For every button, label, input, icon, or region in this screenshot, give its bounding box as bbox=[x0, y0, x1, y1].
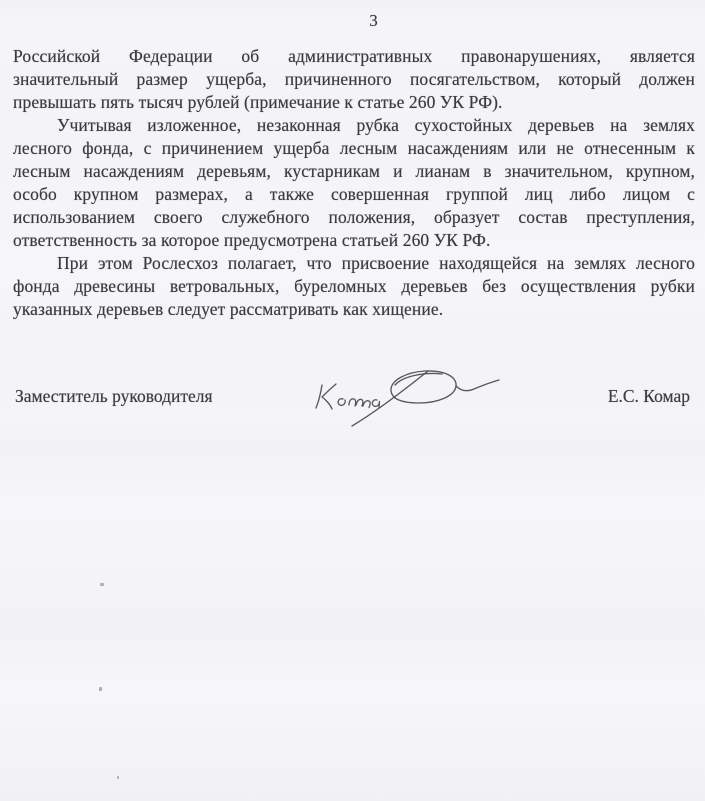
scan-speck bbox=[117, 776, 119, 779]
paragraph: Российской Федерации об административных… bbox=[13, 45, 695, 114]
body-line: ответственность за которое предусмотрена… bbox=[13, 229, 695, 252]
body-line: лесным насаждениям деревьям, кустарникам… bbox=[13, 160, 695, 183]
body-line: использованием своего служебного положен… bbox=[13, 206, 695, 229]
body-line: фонда древесины ветровальных, буреломных… bbox=[13, 275, 695, 298]
signer-name: Е.С. Комар bbox=[608, 385, 690, 408]
paragraph: Учитывая изложенное, незаконная рубка су… bbox=[13, 114, 695, 252]
body-line: превышать пять тысяч рублей (примечание … bbox=[13, 91, 695, 114]
position-title: Заместитель руководителя bbox=[15, 385, 213, 408]
paragraph: При этом Рослесхоз полагает, что присвое… bbox=[13, 252, 695, 321]
document-body: Российской Федерации об административных… bbox=[13, 45, 695, 321]
page-number: 3 bbox=[0, 9, 705, 32]
scanned-document-page: 3 Российской Федерации об административн… bbox=[0, 0, 705, 801]
body-line: значительный размер ущерба, причиненного… bbox=[13, 68, 695, 91]
body-line: лесного фонда, с причинением ущерба лесн… bbox=[13, 137, 695, 160]
scan-speck bbox=[99, 687, 102, 691]
body-line: При этом Рослесхоз полагает, что присвое… bbox=[13, 252, 695, 275]
body-line: Учитывая изложенное, незаконная рубка су… bbox=[13, 114, 695, 137]
scan-speck bbox=[100, 583, 104, 586]
body-line: особо крупном размерах, а также совершен… bbox=[13, 183, 695, 206]
body-line: указанных деревьев следует рассматривать… bbox=[13, 298, 695, 321]
handwritten-signature-icon bbox=[295, 360, 505, 435]
body-line: Российской Федерации об административных… bbox=[13, 45, 695, 68]
